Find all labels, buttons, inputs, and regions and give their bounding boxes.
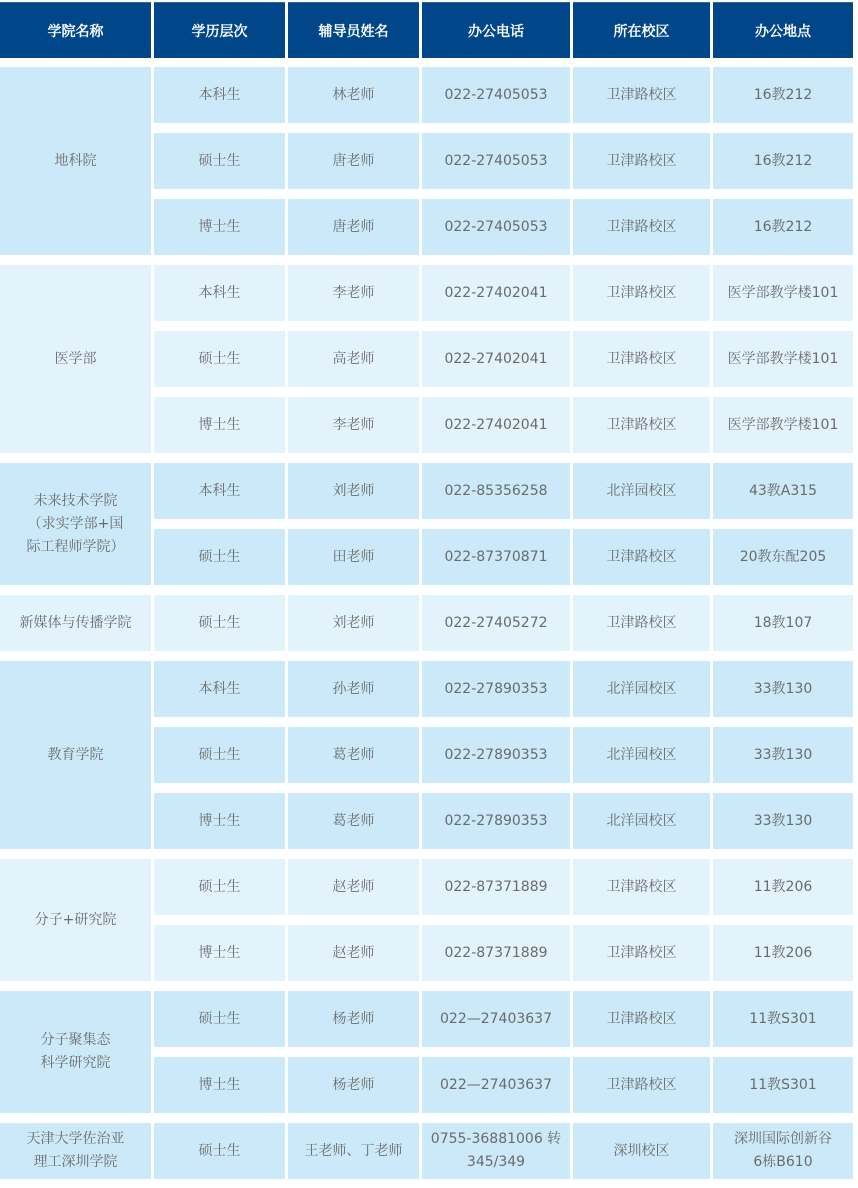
level-cell: 本科生 xyxy=(154,265,285,321)
office-cell: 医学部教学楼101 xyxy=(713,265,853,321)
campus-cell: 卫津路校区 xyxy=(573,133,710,189)
counselor-cell: 高老师 xyxy=(288,331,419,387)
counselor-cell: 林老师 xyxy=(288,67,419,123)
level-cell: 硕士生 xyxy=(154,529,285,585)
counselor-cell: 李老师 xyxy=(288,265,419,321)
college-name-cell: 天津大学佐治亚理工深圳学院 xyxy=(0,1123,151,1179)
counselor-cell: 刘老师 xyxy=(288,463,419,519)
college-name-cell: 未来技术学院（求实学部+国际工程师学院） xyxy=(0,463,151,585)
campus-cell: 北洋园校区 xyxy=(573,661,710,717)
campus-cell: 深圳校区 xyxy=(573,1123,710,1179)
phone-cell: 0755-36881006 转345/349 xyxy=(422,1123,570,1179)
office-cell: 16教212 xyxy=(713,199,853,255)
level-cell: 硕士生 xyxy=(154,595,285,651)
office-cell: 11教S301 xyxy=(713,991,853,1047)
campus-cell: 卫津路校区 xyxy=(573,529,710,585)
level-cell: 博士生 xyxy=(154,1057,285,1113)
counselor-cell: 葛老师 xyxy=(288,727,419,783)
header-campus: 所在校区 xyxy=(573,2,710,58)
counselor-cell: 孙老师 xyxy=(288,661,419,717)
campus-cell: 卫津路校区 xyxy=(573,331,710,387)
counselor-cell: 赵老师 xyxy=(288,925,419,981)
level-cell: 硕士生 xyxy=(154,1123,285,1179)
office-cell: 33教130 xyxy=(713,661,853,717)
office-cell: 16教212 xyxy=(713,133,853,189)
level-cell: 硕士生 xyxy=(154,133,285,189)
phone-cell: 022-87370871 xyxy=(422,529,570,585)
phone-cell: 022-87371889 xyxy=(422,925,570,981)
campus-cell: 卫津路校区 xyxy=(573,67,710,123)
header-college: 学院名称 xyxy=(0,2,151,58)
campus-cell: 卫津路校区 xyxy=(573,925,710,981)
phone-cell: 022-85356258 xyxy=(422,463,570,519)
counselor-cell: 葛老师 xyxy=(288,793,419,849)
office-cell: 医学部教学楼101 xyxy=(713,397,853,453)
college-name-cell: 教育学院 xyxy=(0,661,151,849)
office-cell: 11教206 xyxy=(713,925,853,981)
phone-cell: 022—27403637 xyxy=(422,991,570,1047)
campus-cell: 卫津路校区 xyxy=(573,595,710,651)
phone-cell: 022-27890353 xyxy=(422,793,570,849)
header-level: 学历层次 xyxy=(154,2,285,58)
counselor-cell: 王老师、丁老师 xyxy=(288,1123,419,1179)
campus-cell: 北洋园校区 xyxy=(573,463,710,519)
counselor-cell: 杨老师 xyxy=(288,1057,419,1113)
office-cell: 11教206 xyxy=(713,859,853,915)
level-cell: 硕士生 xyxy=(154,727,285,783)
level-cell: 本科生 xyxy=(154,67,285,123)
phone-cell: 022-87371889 xyxy=(422,859,570,915)
phone-cell: 022-27402041 xyxy=(422,331,570,387)
level-cell: 本科生 xyxy=(154,661,285,717)
campus-cell: 卫津路校区 xyxy=(573,397,710,453)
office-cell: 33教130 xyxy=(713,793,853,849)
office-cell: 11教S301 xyxy=(713,1057,853,1113)
office-cell: 16教212 xyxy=(713,67,853,123)
phone-cell: 022-27890353 xyxy=(422,727,570,783)
phone-cell: 022-27405053 xyxy=(422,133,570,189)
campus-cell: 卫津路校区 xyxy=(573,265,710,321)
level-cell: 博士生 xyxy=(154,199,285,255)
college-name-cell: 分子聚集态科学研究院 xyxy=(0,991,151,1113)
campus-cell: 北洋园校区 xyxy=(573,727,710,783)
office-cell: 18教107 xyxy=(713,595,853,651)
phone-cell: 022—27403637 xyxy=(422,1057,570,1113)
counselor-cell: 刘老师 xyxy=(288,595,419,651)
office-cell: 深圳国际创新谷6栋B610 xyxy=(713,1123,853,1179)
counselor-cell: 赵老师 xyxy=(288,859,419,915)
counselor-cell: 李老师 xyxy=(288,397,419,453)
college-name-cell: 新媒体与传播学院 xyxy=(0,595,151,651)
campus-cell: 北洋园校区 xyxy=(573,793,710,849)
campus-cell: 卫津路校区 xyxy=(573,1057,710,1113)
college-name-cell: 医学部 xyxy=(0,265,151,453)
office-cell: 20教东配205 xyxy=(713,529,853,585)
counselor-cell: 杨老师 xyxy=(288,991,419,1047)
counselor-cell: 田老师 xyxy=(288,529,419,585)
phone-cell: 022-27402041 xyxy=(422,265,570,321)
campus-cell: 卫津路校区 xyxy=(573,199,710,255)
campus-cell: 卫津路校区 xyxy=(573,991,710,1047)
phone-cell: 022-27890353 xyxy=(422,661,570,717)
phone-cell: 022-27405053 xyxy=(422,67,570,123)
level-cell: 本科生 xyxy=(154,463,285,519)
phone-cell: 022-27402041 xyxy=(422,397,570,453)
office-cell: 33教130 xyxy=(713,727,853,783)
phone-cell: 022-27405053 xyxy=(422,199,570,255)
counselor-cell: 唐老师 xyxy=(288,133,419,189)
level-cell: 硕士生 xyxy=(154,331,285,387)
header-office: 办公地点 xyxy=(713,2,853,58)
header-phone: 办公电话 xyxy=(422,2,570,58)
office-cell: 医学部教学楼101 xyxy=(713,331,853,387)
level-cell: 博士生 xyxy=(154,925,285,981)
level-cell: 博士生 xyxy=(154,397,285,453)
header-counselor: 辅导员姓名 xyxy=(288,2,419,58)
office-cell: 43教A315 xyxy=(713,463,853,519)
college-name-cell: 分子+研究院 xyxy=(0,859,151,981)
college-name-cell: 地科院 xyxy=(0,67,151,255)
level-cell: 硕士生 xyxy=(154,859,285,915)
level-cell: 硕士生 xyxy=(154,991,285,1047)
counselor-cell: 唐老师 xyxy=(288,199,419,255)
campus-cell: 卫津路校区 xyxy=(573,859,710,915)
level-cell: 博士生 xyxy=(154,793,285,849)
phone-cell: 022-27405272 xyxy=(422,595,570,651)
